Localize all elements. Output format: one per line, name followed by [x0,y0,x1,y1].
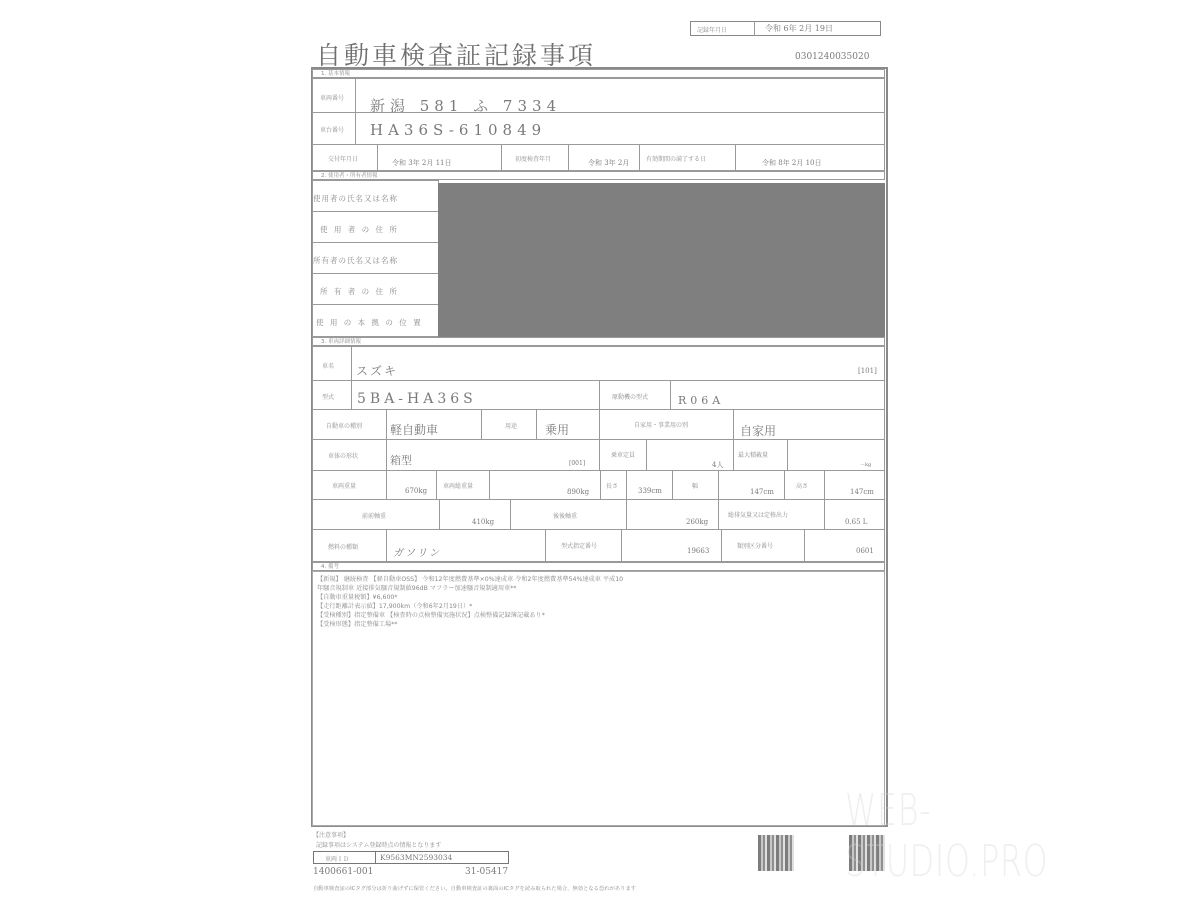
body-code: [001] [569,460,585,467]
record-date-value: 令和 6年 2月 19日 [765,23,833,34]
remarks-line: 【走行距離計表示値】17,900km（令和6年2月19日）* [317,602,623,611]
section-vehicle-header: 3. 車両詳細情報 [312,337,885,346]
gross-value: 890kg [567,488,589,496]
maker-label: 車名 [322,361,334,370]
front-axle-value: 410kg [472,518,494,526]
use-label: 用途 [505,421,517,430]
section-owner-header: 2. 使用者・所有者情報 [312,171,885,180]
capacity-label: 乗車定員 [611,450,635,459]
weight-value: 670kg [405,487,427,495]
first-reg-label: 初度検査年月 [515,154,551,163]
capacity-value: 4人 [712,460,723,470]
model-label: 型式 [322,392,334,401]
length-value: 339cm [638,487,662,495]
code-left: 1400661-001 [313,867,373,877]
type-cert-value: 19663 [687,547,709,555]
section-basic-header: 1. 基本情報 [312,69,885,78]
remarks-line: 【受検形態】指定整備工場** [317,620,623,629]
engine-value: R06A [678,394,724,407]
maker-code: [101] [858,367,877,375]
class-cell [804,529,885,562]
private-value: 自家用 [740,422,776,439]
notice-text: 記録事項はシステム登録時点の情報となります [316,840,441,849]
body-cell [386,439,600,471]
type-cert-label: 型式指定番号 [561,541,597,550]
issue-date-label: 交付年月日 [328,154,358,163]
chassis-value: HA36S-610849 [370,121,546,139]
remarks-line: 【自動車重量税額】¥6,600* [317,593,623,602]
rear-axle-value: 260kg [686,518,708,526]
body-label: 車体の形状 [328,451,358,460]
kind-label: 自動車の種別 [326,421,362,430]
max-load-label: 最大積載量 [738,450,768,459]
length-cell [626,470,673,500]
qr-code-icon [758,835,794,871]
remarks-line: 【新規】 継続検査 【軽自動車OSS】 令和12年度燃費基準×0%達成車 令和2… [317,575,623,584]
maker-cell [351,346,885,381]
expiry-label: 有効期間の満了する日 [646,154,706,163]
use-value: 乗用 [545,421,569,438]
redacted-owner-block [438,183,885,337]
private-label: 自家用・事業用の別 [634,420,688,429]
watermark: WEB-STUDIO.PRO [845,785,1101,887]
body-value: 箱型 [390,452,412,468]
fuel-value: ガソリン [393,544,441,559]
reg-number-label: 車両番号 [320,93,344,102]
section-remarks-header: 4. 備考 [312,562,885,571]
first-reg-value: 令和 3年 2月 [588,158,629,168]
type-cert-cell [621,529,722,562]
owner-row-label: 使 用 の 本 拠 の 位 置 [316,317,423,328]
vehicle-id-divider [375,851,376,864]
expiry-value: 令和 8年 2月 10日 [762,158,822,168]
code-right: 31-05417 [465,867,508,877]
fuel-label: 燃料の種類 [328,542,358,551]
displacement-value: 0.65 L [845,518,867,526]
width-label: 幅 [692,481,698,490]
kind-value: 軽自動車 [390,421,438,438]
owner-row-label: 使 用 者 の 住 所 [320,224,399,235]
model-value: 5BA-HA36S [357,391,477,407]
width-value: 147cm [750,488,774,496]
class-label: 類別区分番号 [737,541,773,550]
record-date-label: 記録年月日 [697,25,727,34]
height-value: 147cm [850,488,874,496]
max-load-value: －kg [860,461,871,468]
remarks-lines: 【新規】 継続検査 【軽自動車OSS】 令和12年度燃費基準×0%達成車 令和2… [317,575,623,629]
chassis-label: 車台番号 [320,125,344,134]
owner-row-label: 所有者の氏名又は名称 [313,255,398,266]
rear-axle-label: 後後軸重 [553,511,577,520]
length-label: 長さ [606,481,618,490]
remarks-line: 【受検種別】指定整備車 【検査時の点検整備実施状況】点検整備記録簿記載あり* [317,611,623,620]
weight-cell [386,470,437,500]
remarks-line: 年騒音規制車 近接排気騒音規制値96dB マフラー加速騒音規制適用車** [317,584,623,593]
height-label: 高さ [796,481,808,490]
notice-title: 【注意事項】 [313,830,349,839]
front-axle-label: 前前軸重 [362,511,386,520]
issue-date-value: 令和 3年 2月 11日 [392,158,452,168]
gross-label: 車両総重量 [443,481,473,490]
vehicle-id-label: 車両ＩＤ [325,854,349,863]
bottom-note: 自動車検査証のICタグ部分は折り曲げずに保管ください。自動車検査証の裏面のICタ… [313,884,636,892]
document-number: 0301240035020 [795,52,869,62]
maker-value: スズキ [356,362,398,379]
class-value: 0601 [856,547,874,555]
weight-label: 車両重量 [332,481,356,490]
owner-row-label: 所 有 者 の 住 所 [320,286,399,297]
record-date-divider [754,21,755,36]
owner-row-label: 使用者の氏名又は名称 [313,193,398,204]
displacement-label: 総排気量又は定格出力 [728,510,788,519]
vehicle-id-value: K9563MN2593034 [380,853,452,862]
engine-label: 原動機の型式 [612,392,648,401]
